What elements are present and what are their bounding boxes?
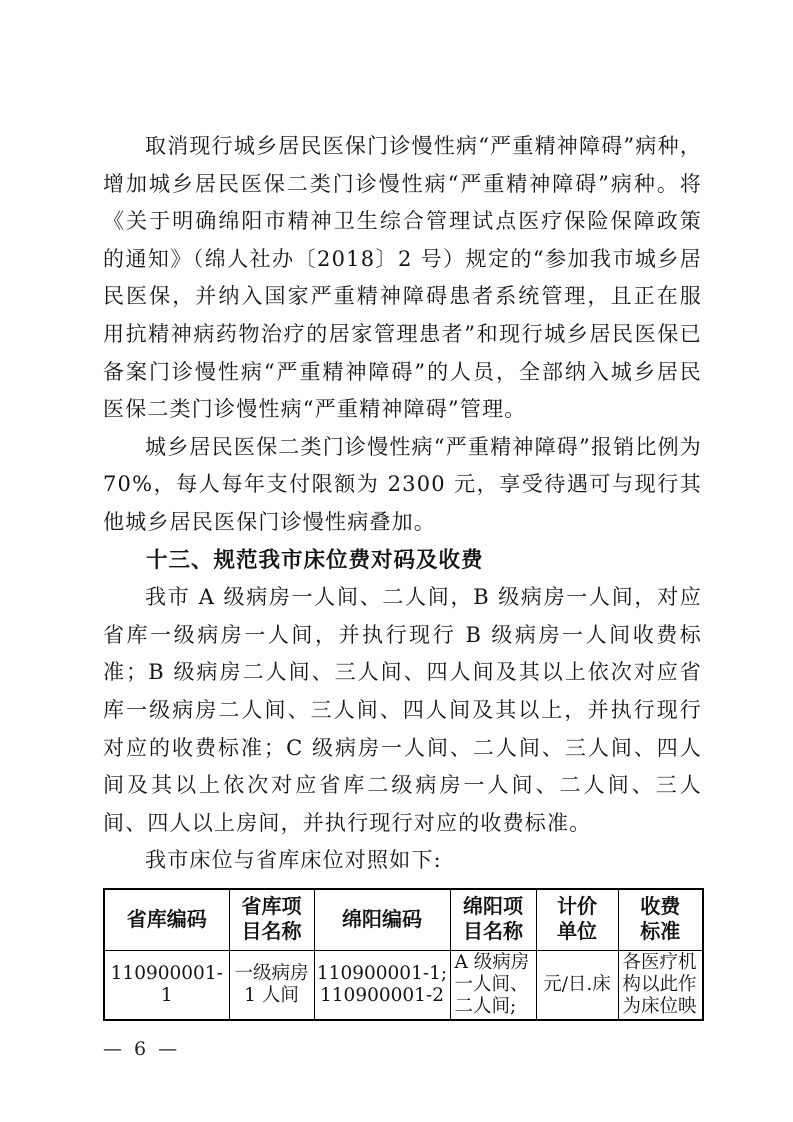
section-heading-13: 十三、规范我市床位费对码及收费: [103, 542, 702, 580]
cell-fee-standard: 各医疗机 构以此作 为床位映: [618, 951, 703, 1021]
cell-mianyang-code: 110900001-1; 110900001-2: [314, 951, 450, 1021]
header-provincial-code: 省库编码: [104, 889, 229, 951]
paragraph-ward-mapping-rules: 我市 A 级病房一人间、二人间，B 级病房一人间，对应省库一级病房一人间，并执行…: [103, 579, 702, 842]
cell-provincial-code: 110900001-1: [104, 951, 229, 1021]
header-pricing-unit: 计价 单位: [536, 889, 618, 951]
page-number: — 6 —: [103, 1038, 180, 1060]
header-mianyang-code: 绵阳编码: [314, 889, 450, 951]
header-fee-standard: 收费 标准: [618, 889, 703, 951]
table-row: 110900001-1 一级病房 1 人间 110900001-1; 11090…: [104, 951, 703, 1021]
paragraph-reimbursement-ratio: 城乡居民医保二类门诊慢性病“严重精神障碍”报销比例为70%，每人每年支付限额为 …: [103, 429, 702, 542]
cell-mianyang-item-name: A 级病房 一人间、 二人间;: [450, 951, 536, 1021]
bed-code-mapping-table: 省库编码 省库项 目名称 绵阳编码 绵阳项 目名称 计价 单位 收费 标准 11…: [103, 888, 704, 1022]
document-body: 取消现行城乡居民医保门诊慢性病“严重精神障碍”病种，增加城乡居民医保二类门诊慢性…: [103, 128, 702, 1021]
document-page: 取消现行城乡居民医保门诊慢性病“严重精神障碍”病种，增加城乡居民医保二类门诊慢性…: [0, 0, 793, 1122]
paragraph-psychiatric-disorder-category: 取消现行城乡居民医保门诊慢性病“严重精神障碍”病种，增加城乡居民医保二类门诊慢性…: [103, 128, 702, 429]
cell-provincial-item-name: 一级病房 1 人间: [229, 951, 314, 1021]
cell-pricing-unit: 元/日.床: [536, 951, 618, 1021]
table-header-row: 省库编码 省库项 目名称 绵阳编码 绵阳项 目名称 计价 单位 收费 标准: [104, 889, 703, 951]
header-mianyang-item-name: 绵阳项 目名称: [450, 889, 536, 951]
table-intro-line: 我市床位与省库床位对照如下:: [103, 842, 702, 880]
header-provincial-item-name: 省库项 目名称: [229, 889, 314, 951]
